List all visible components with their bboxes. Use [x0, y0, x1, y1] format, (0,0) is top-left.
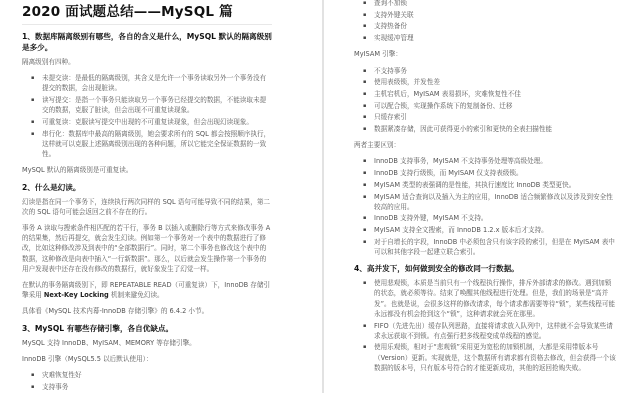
list-item: 查询不加锁 — [374, 0, 616, 8]
right-page: 查询不加锁 支持外键关联 支持热备份 实现缓冲管理 MyISAM 引擎： 不支持… — [322, 0, 640, 393]
page-title: 2020 面试题总结——MySQL 篇 — [22, 4, 272, 25]
q2-para-1: 幻读是指在同一个事务下，连续执行两次同样的 SQL 语句可能导致不同的结果，第二… — [22, 197, 272, 217]
left-column: 2020 面试题总结——MySQL 篇 1、数据库隔离级别有哪些，各自的含义是什… — [22, 0, 272, 393]
list-item: 实现缓冲管理 — [374, 33, 616, 43]
q3-heading: 3、MySQL 有哪些存储引擎，各自优缺点。 — [22, 323, 272, 334]
q2-para-4: 具体看《MySQL 技术内幕-InnoDB 存储引擎》的 6.4.2 小节。 — [22, 306, 272, 316]
myisam-features-list: 不支持事务 使用表级锁，并发性差 主机宕机后，MyISAM 表易损坏，灾难恢复性… — [354, 66, 616, 135]
list-item: 可重复读：克服读写提交中出现的不可重复读现象，但会出现幻读现象。 — [42, 117, 272, 127]
list-item: 使用乐观锁，相对于“悲观锁”采用更为宽松的加锁机制，大都是采用带版本号（Vers… — [374, 342, 616, 373]
q4-heading: 4、高并发下，如何做到安全的修改同一行数据。 — [354, 263, 616, 274]
left-page: 2020 面试题总结——MySQL 篇 1、数据库隔离级别有哪些，各自的含义是什… — [0, 0, 320, 393]
list-item: MyISAM 支持全文搜索，而 InnoDB 1.2.x 版本后才支持。 — [374, 225, 616, 235]
innodb-features-list-continued: 查询不加锁 支持外键关联 支持热备份 实现缓冲管理 — [354, 0, 616, 43]
list-item: 使用悲观锁，本质是当前只有一个线程执行操作，排斥外部请求的修改。遇到加锁的状态，… — [374, 278, 616, 319]
isolation-levels-list: 未提交读：是最低的隔离级别，其含义是允许一个事务读取另外一个事务没有提交的数据，… — [22, 73, 272, 159]
list-item: 数据紧凑存储，因此可获得更小的索引和更快的全表扫描性能 — [374, 124, 616, 134]
q1-intro: 隔离级别有四种。 — [22, 57, 272, 67]
list-item: 对于自增长的字段，InnoDB 中必须包含只有该字段的索引，但是在 MyISAM… — [374, 237, 616, 257]
q1-conclusion: MySQL 默认的隔离级别是可重复读。 — [22, 165, 272, 175]
innodb-label: InnoDB 引擎（MySQL5.5 以后默认使用）： — [22, 354, 272, 364]
list-item: 可以配合锁，实现操作系统下的复制备份、迁移 — [374, 101, 616, 111]
innodb-features-list: 灾难恢复性好 支持事务 — [22, 370, 272, 392]
list-item: InnoDB 支持外键，MyISAM 不支持。 — [374, 213, 616, 223]
q2-heading: 2、什么是幻读。 — [22, 182, 272, 193]
list-item: 支持外键关联 — [374, 10, 616, 20]
list-item: 使用表级锁，并发性差 — [374, 77, 616, 87]
list-item: 串行化：数据库中最高的隔离级别，她会要求所有的 SQL 都会按照顺序执行，这样就… — [42, 129, 272, 160]
list-item: FIFO（先进先出）缓存队列思路，直接将请求放入队列中，这样就不会导致某些请求永… — [374, 321, 616, 341]
right-column: 查询不加锁 支持外键关联 支持热备份 实现缓冲管理 MyISAM 引擎： 不支持… — [354, 0, 616, 379]
list-item: MyISAM 适合查询以及插入为主的应用，InnoDB 适合频繁修改以及涉及到安… — [374, 192, 616, 212]
list-item: 灾难恢复性好 — [42, 370, 272, 380]
q3-intro: MySQL 支持 InnoDB、MyISAM、MEMORY 等存储引擎。 — [22, 338, 272, 348]
next-key-locking-keyword: Next-Key Locking — [44, 291, 109, 299]
q2-para-3-post: 机制来避免幻读。 — [109, 291, 164, 299]
list-item: 只缓存索引 — [374, 112, 616, 122]
q2-para-2: 事务 A 读取与搜索条件相匹配的若干行，事务 B 以插入或删除行等方式来修改事务… — [22, 223, 272, 274]
list-item: 读写提交：是指一个事务只能读取另一个事务已经提交的数据，不能读取未提交的数据，克… — [42, 95, 272, 115]
q1-heading: 1、数据库隔离级别有哪些，各自的含义是什么，MySQL 默认的隔离级别是多少。 — [22, 31, 272, 53]
differences-list: InnoDB 支持事务，MyISAM 不支持事务处理等高级处理。 InnoDB … — [354, 156, 616, 257]
list-item: InnoDB 支持行级锁，而 MyISAM 仅支持表级锁。 — [374, 168, 616, 178]
list-item: InnoDB 支持事务，MyISAM 不支持事务处理等高级处理。 — [374, 156, 616, 166]
myisam-label: MyISAM 引擎： — [354, 49, 616, 59]
list-item: 未提交读：是最低的隔离级别，其含义是允许一个事务读取另外一个事务没有提交的数据，… — [42, 73, 272, 93]
concurrency-solutions-list: 使用悲观锁，本质是当前只有一个线程执行操作，排斥外部请求的修改。遇到加锁的状态，… — [354, 278, 616, 373]
q2-para-3: 在默认的事务隔离级别下，即 REPEATABLE READ（可重复读）下，Inn… — [22, 280, 272, 300]
list-item: 主机宕机后，MyISAM 表易损坏，灾难恢复性不佳 — [374, 89, 616, 99]
list-item: 支持事务 — [42, 382, 272, 392]
differences-label: 两者主要区别： — [354, 140, 616, 150]
list-item: 不支持事务 — [374, 66, 616, 76]
list-item: MyISAM 类型的表强调的是性能，其执行速度比 InnoDB 类型更快。 — [374, 180, 616, 190]
list-item: 支持热备份 — [374, 21, 616, 31]
